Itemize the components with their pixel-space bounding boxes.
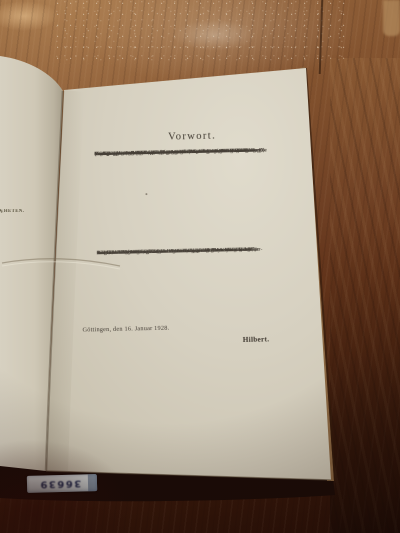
author-signature: Hilbert. [243,335,270,344]
spine-label: 36639 [27,474,97,493]
left-page-fragment-line2: T. [0,209,3,214]
text-line: S. 161; 1925) dargelegt habe. [97,249,165,257]
preface-title: Vorwort. [94,129,290,144]
preface-page-content: Vorwort. Das vorliegende Buch behandelt … [63,83,310,378]
book-photo: CHETEN. T. Vorwort. Das vorliegende Buch… [0,0,400,533]
preface-paragraph-2: Das Buch soll zugleich zur Vorbereitung … [97,246,293,250]
left-page-fragment-line1: CHETEN. [0,209,24,215]
page-fleck [145,193,147,195]
preface-dateline: Göttingen, den 16. Januar 1928. [82,325,169,334]
preface-paragraph-1: Das vorliegende Buch behandelt die Eleme… [94,147,290,151]
spine-label-number: 36639 [31,476,89,491]
text-line: heitlichen Gestaltung des Gesamtwerkes d… [94,149,213,159]
